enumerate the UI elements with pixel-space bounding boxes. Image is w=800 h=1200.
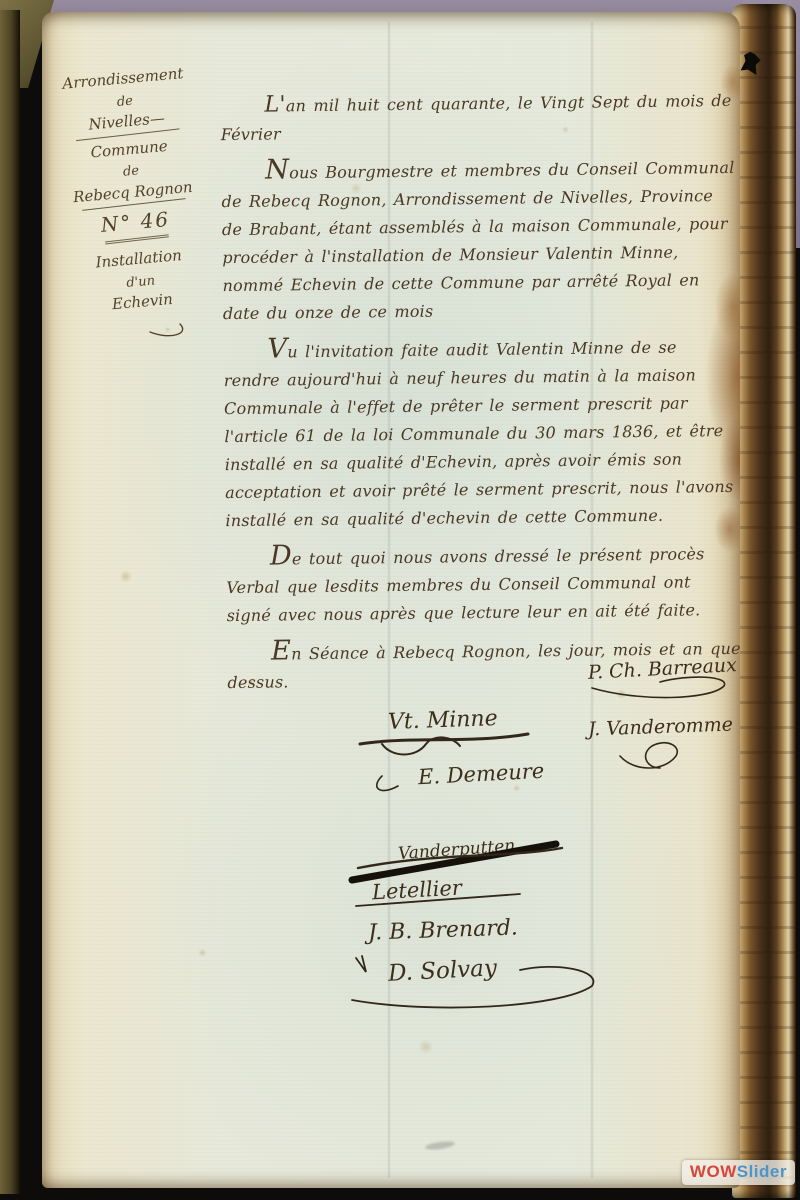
paragraph-preamble: Nous Bourgmestre et membres du Conseil C… — [221, 154, 739, 328]
margin-note-text: Nivelles— — [88, 109, 166, 134]
book-cover-spine — [0, 10, 20, 1194]
signature-brenard: J. B. Brenard. — [368, 915, 519, 945]
wowslider-watermark[interactable]: WOWSlider — [682, 1160, 795, 1185]
margin-note-act-number: N° 46 — [54, 204, 218, 248]
paragraph-closing: De tout quoi nous avons dressé le présen… — [226, 540, 743, 630]
deed-text: L'an mil huit cent quarante, le Vingt Se… — [220, 87, 743, 708]
watermark-wow: WOW — [690, 1162, 737, 1181]
signature-letellier: Letellier — [371, 876, 462, 905]
paragraph-oath: Vu l'invitation faite audit Valentin Min… — [223, 333, 741, 535]
signature-minne: Vt. Minne — [388, 706, 498, 735]
watermark-slider: Slider — [737, 1162, 787, 1181]
margin-annotations: Arrondissement de Nivelles— Commune de R… — [42, 63, 225, 324]
margin-note-text: N° 46 — [100, 207, 171, 237]
paragraph-date: L'an mil huit cent quarante, le Vingt Se… — [220, 87, 737, 149]
